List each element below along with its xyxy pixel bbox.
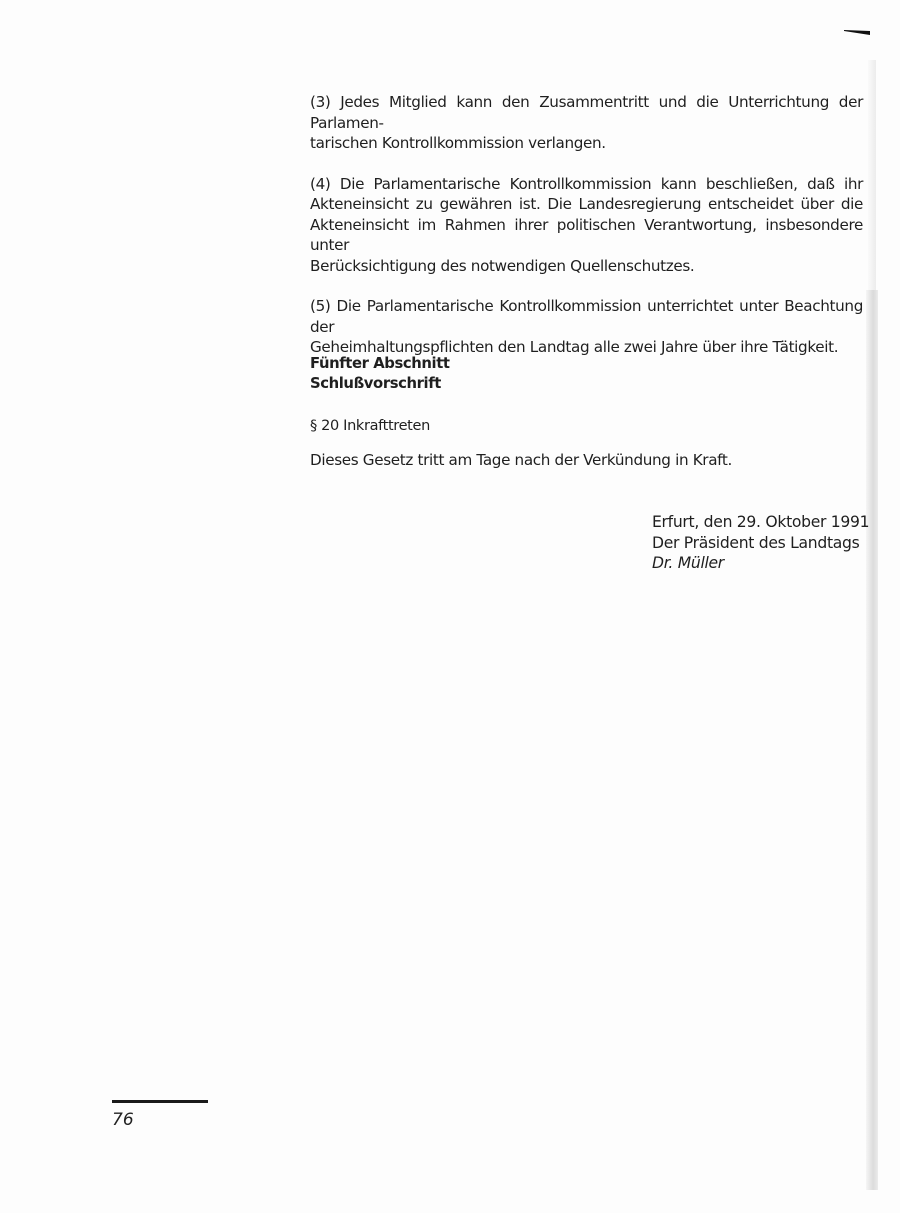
paragraph-line: (3) Jedes Mitglied kann den Zusammentrit…	[310, 92, 863, 133]
paragraph-line: Berücksichtigung des notwendigen Quellen…	[310, 256, 863, 277]
page-edge-shadow	[866, 290, 878, 1190]
page-number: 76	[112, 1110, 134, 1130]
paragraph-line: (5) Die Parlamentarische Kontrollkommiss…	[310, 296, 863, 337]
paragraph-line: Akteneinsicht zu gewähren ist. Die Lande…	[310, 194, 863, 215]
corner-tick-mark	[844, 28, 872, 34]
paragraph-line: Akteneinsicht im Rahmen ihrer politische…	[310, 215, 863, 256]
paragraph-line: tarischen Kontrollkommission verlangen.	[310, 133, 863, 154]
footer-rule	[112, 1100, 208, 1103]
signature-block: Erfurt, den 29. Oktober 1991 Der Präside…	[652, 512, 869, 574]
paragraph-5: (5) Die Parlamentarische Kontrollkommiss…	[310, 296, 863, 358]
article-title: § 20 Inkrafttreten	[310, 418, 430, 434]
scanned-page: (3) Jedes Mitglied kann den Zusammentrit…	[0, 0, 900, 1213]
article-body: Dieses Gesetz tritt am Tage nach der Ver…	[310, 451, 732, 469]
section-heading: Fünfter Abschnitt Schlußvorschrift	[310, 354, 450, 394]
paragraph-4: (4) Die Parlamentarische Kontrollkommiss…	[310, 174, 863, 277]
section-title-heading: Schlußvorschrift	[310, 374, 450, 394]
signature-place-date: Erfurt, den 29. Oktober 1991	[652, 512, 869, 533]
paragraph-3: (3) Jedes Mitglied kann den Zusammentrit…	[310, 92, 863, 154]
signature-name: Dr. Müller	[652, 553, 869, 574]
law-text-body: (3) Jedes Mitglied kann den Zusammentrit…	[310, 92, 863, 378]
paragraph-line: (4) Die Parlamentarische Kontrollkommiss…	[310, 174, 863, 195]
section-number-heading: Fünfter Abschnitt	[310, 354, 450, 374]
signature-role: Der Präsident des Landtags	[652, 533, 869, 554]
page-edge-shadow-top	[868, 60, 876, 300]
